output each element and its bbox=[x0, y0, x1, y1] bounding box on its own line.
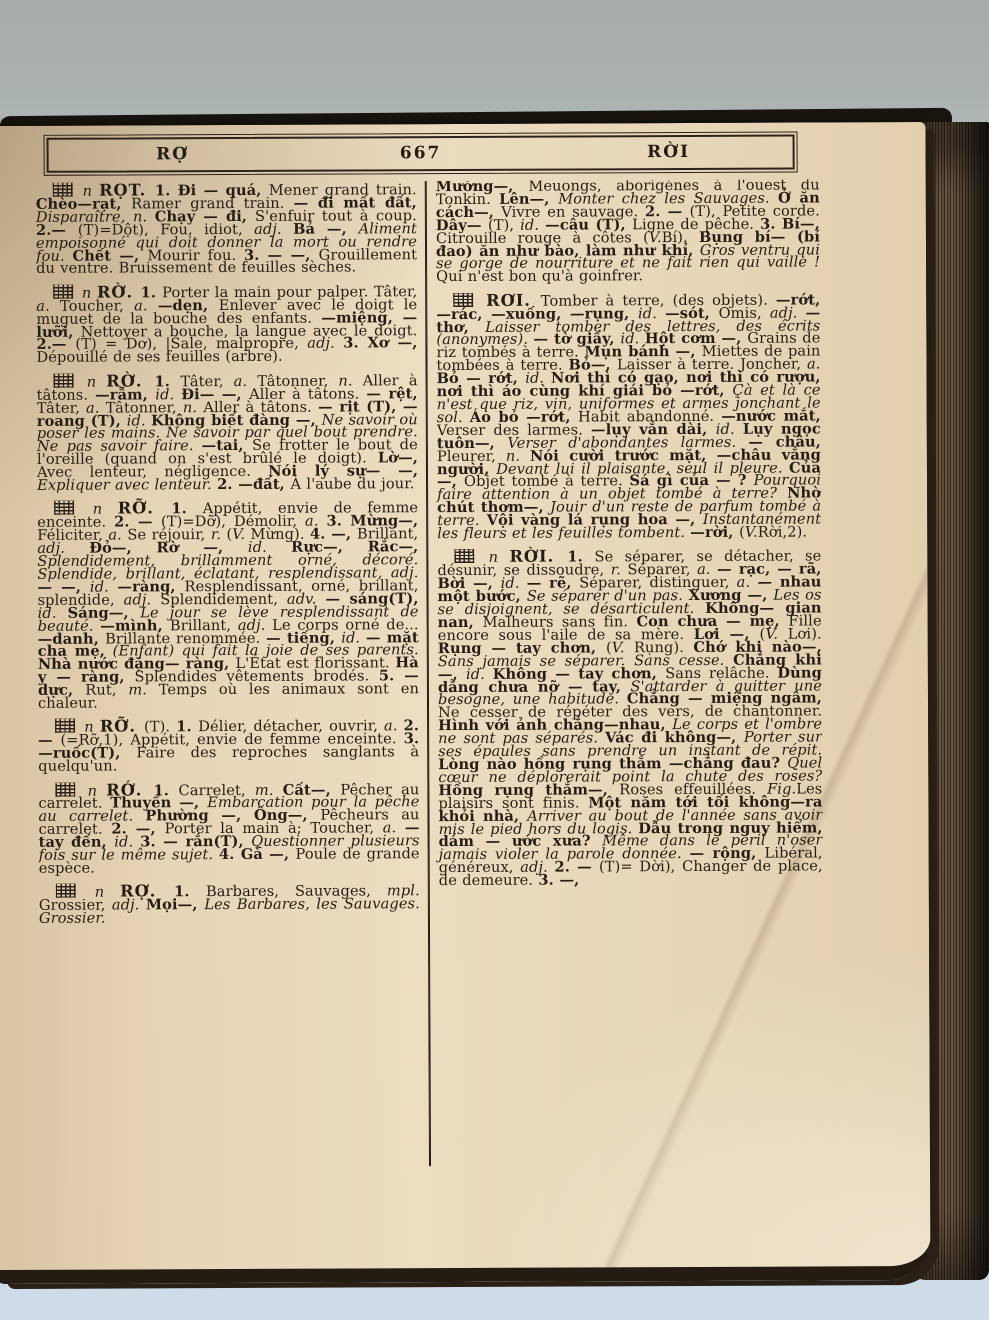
entry-text-run: 4. Gà —, bbox=[219, 846, 296, 863]
dictionary-entry: 哷 n RỠ. (T). 1. Délier, détacher, ouvrir… bbox=[38, 718, 419, 774]
entry-text-run: Expliquer avec lenteur. bbox=[37, 476, 217, 494]
two-column-text-block: 歷 n RỘT. 1. Đi — quá, Mener grand train.… bbox=[36, 179, 824, 1174]
dictionary-page: RỢ 667 RỜI 歷 n RỘT. 1. Đi — quá, Mener g… bbox=[0, 122, 931, 1284]
running-header-box: RỢ 667 RỜI bbox=[44, 132, 798, 176]
entry-text-run: Mọi—, bbox=[146, 896, 205, 913]
dictionary-entry: Mường—, Meuongs, aborigènes à l'ouest du… bbox=[436, 179, 820, 284]
dictionary-entry: 歷 n RỘT. 1. Đi — quá, Mener grand train.… bbox=[36, 181, 417, 276]
dictionary-entry: 捒 n RỜ. 1. Porter la main pour palper. T… bbox=[36, 283, 417, 365]
entry-text-run: Dépouillé de ses feuilles (arbre). bbox=[36, 348, 282, 366]
dictionary-entry: 涑 RƠI. Tomber à terre, (des objets). —rớ… bbox=[436, 291, 821, 541]
entry-text-run: V. bbox=[745, 524, 758, 541]
entry-text-run: adj. bbox=[307, 335, 343, 352]
left-column: 歷 n RỘT. 1. Đi — quá, Mener grand train.… bbox=[36, 181, 428, 1175]
header-left-headword: RỢ bbox=[49, 144, 297, 165]
dictionary-entry: 助 n RỢ. 1. Barbares, Sauvages, mpl. Gros… bbox=[39, 883, 420, 926]
entry-text-run: adj. bbox=[112, 897, 146, 914]
entry-text-run: m. bbox=[128, 681, 158, 698]
dictionary-entry: 烟 n RỠ. 1. Appétit, envie de femme encei… bbox=[37, 500, 419, 711]
entry-text-run: Rời,2). bbox=[758, 524, 807, 541]
dictionary-entry: 捒 n RỚ. 1. Carrelet, m. Cất—, Pêcher au … bbox=[38, 781, 419, 876]
header-right-headword: RỜI bbox=[545, 142, 793, 163]
entry-text-run: 3. —, bbox=[538, 872, 579, 889]
dictionary-entry: 疎 n RỜ. 1. Tâter, a. Tâtonner, n. Aller … bbox=[37, 372, 419, 493]
entry-text-run: 3. Xơ —, bbox=[343, 335, 417, 352]
entry-text-run: 2. —đất, bbox=[217, 476, 290, 493]
dictionary-entry: 涑 n RỜI. 1. Se séparer, se détacher, se … bbox=[437, 548, 822, 888]
entry-text-run: —rời, bbox=[690, 524, 739, 541]
entry-text-run: Qui n'est bon qu'à goinfrer. bbox=[436, 268, 643, 286]
photo-background: { "page_header": { "left_headword": "RỢ"… bbox=[0, 0, 989, 1320]
running-header: RỢ 667 RỜI bbox=[47, 135, 795, 173]
right-column: Mường—, Meuongs, aborigènes à l'ouest du… bbox=[428, 179, 824, 1173]
page-number: 667 bbox=[297, 143, 545, 164]
entry-text-run: À l'aube du jour. bbox=[290, 475, 414, 493]
